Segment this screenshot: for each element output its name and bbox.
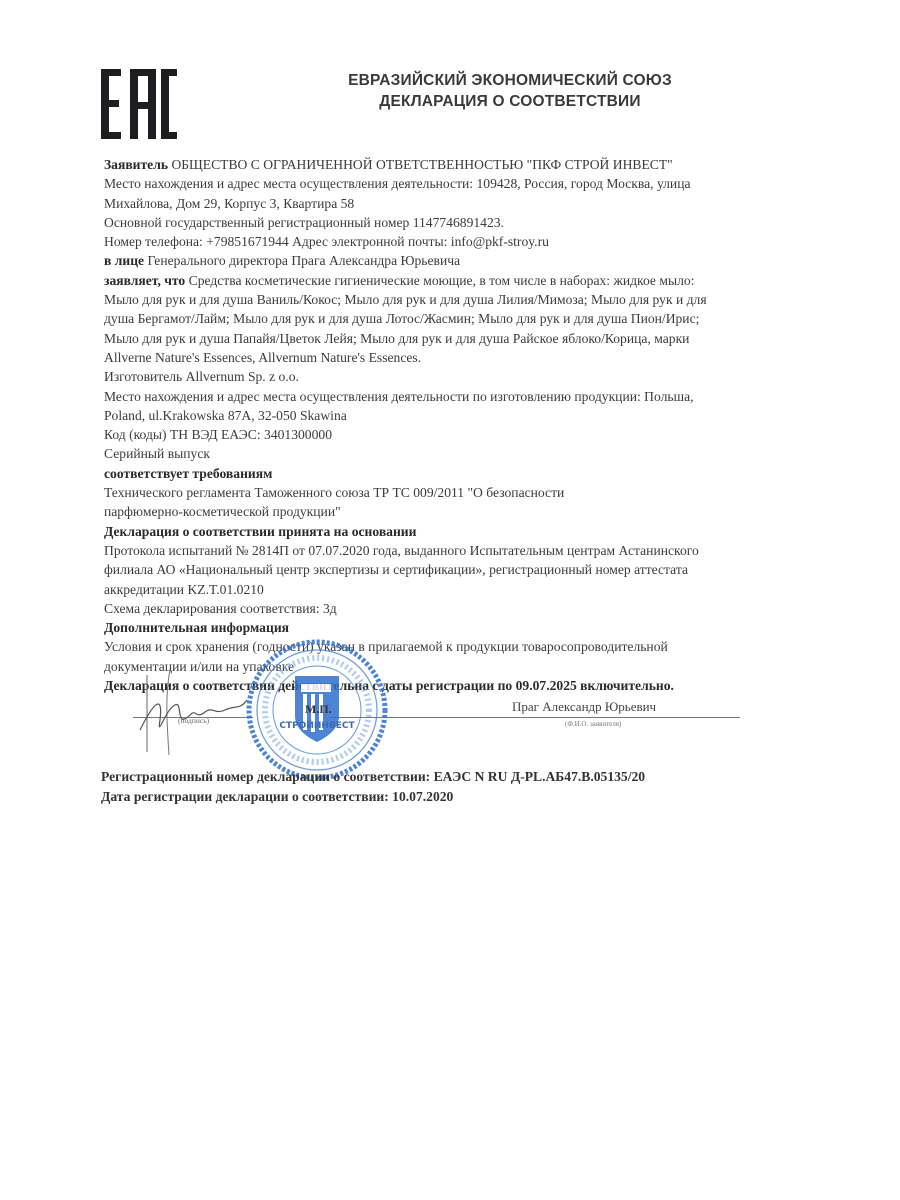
applicant-address-2: Михайлова, Дом 29, Корпус 3, Квартира 58 xyxy=(104,194,804,213)
product-line-1: заявляет, что Средства косметические гиг… xyxy=(104,271,804,290)
stamp-label: М.П. xyxy=(305,702,332,717)
applicant-label: Заявитель xyxy=(104,157,168,172)
product-line-4: Мыло для рук и душа Папайя/Цветок Лейя; … xyxy=(104,329,804,348)
product-line-3: душа Бергамот/Лайм; Мыло для рук и для д… xyxy=(104,309,804,328)
declaration-page: ЕВРАЗИЙСКИЙ ЭКОНОМИЧЕСКИЙ СОЮЗ ДЕКЛАРАЦИ… xyxy=(0,0,900,1200)
registration-date-line: Дата регистрации декларации о соответств… xyxy=(101,787,645,807)
tn-ved-code: Код (коды) ТН ВЭД ЕАЭС: 3401300000 xyxy=(104,425,804,444)
regulation-line-2: парфюмерно-косметической продукции" xyxy=(104,502,804,521)
registration-number-label: Регистрационный номер декларации о соотв… xyxy=(101,769,430,784)
applicant-ogrn: Основной государственный регистрационный… xyxy=(104,213,804,232)
declaration-body: Заявитель ОБЩЕСТВО С ОГРАНИЧЕННОЙ ОТВЕТС… xyxy=(104,155,804,695)
signer-caption: (Ф.И.О. заявителя) xyxy=(565,720,621,728)
registration-date: 10.07.2020 xyxy=(392,789,453,804)
product-text-1: Средства косметические гигиенические мою… xyxy=(189,273,695,288)
manufacturer-address-2: Poland, ul.Krakowska 87A, 32-050 Skawina xyxy=(104,406,804,425)
signature-line xyxy=(133,717,253,718)
represented-line: в лице Генерального директора Прага Алек… xyxy=(104,251,804,270)
signature-caption: (подпись) xyxy=(178,716,209,725)
validity: Декларация о соответствии действительна … xyxy=(104,676,804,695)
registration-block: Регистрационный номер декларации о соотв… xyxy=(101,767,645,807)
release-type: Серийный выпуск xyxy=(104,444,804,463)
applicant-line: Заявитель ОБЩЕСТВО С ОГРАНИЧЕННОЙ ОТВЕТС… xyxy=(104,155,804,174)
registration-number-line: Регистрационный номер декларации о соотв… xyxy=(101,767,645,787)
applicant-name: ОБЩЕСТВО С ОГРАНИЧЕННОЙ ОТВЕТСТВЕННОСТЬЮ… xyxy=(171,157,672,172)
applicant-address-1: Место нахождения и адрес места осуществл… xyxy=(104,174,804,193)
signer-name: Праг Александр Юрьевич xyxy=(512,699,656,715)
email-label: Адрес электронной почты: xyxy=(292,234,447,249)
scheme: Схема декларирования соответствия: 3д xyxy=(104,599,804,618)
complies-label: соответствует требованиям xyxy=(104,464,804,483)
registration-number: ЕАЭС N RU Д-PL.АБ47.В.05135/20 xyxy=(434,769,646,784)
svg-text:СТРОЙИНВЕСТ: СТРОЙИНВЕСТ xyxy=(279,719,355,731)
basis-line-1: Протокола испытаний № 2814П от 07.07.202… xyxy=(104,541,804,560)
additional-label: Дополнительная информация xyxy=(104,618,804,637)
signer-name-line xyxy=(505,717,740,718)
basis-line-3: аккредитации KZ.T.01.0210 xyxy=(104,580,804,599)
declaration-title: ДЕКЛАРАЦИЯ О СООТВЕТСТВИИ xyxy=(300,91,720,112)
phone-value: +79851671944 xyxy=(206,234,288,249)
applicant-contacts: Номер телефона: +79851671944 Адрес элект… xyxy=(104,232,804,251)
manufacturer-address-1: Место нахождения и адрес места осуществл… xyxy=(104,387,804,406)
manufacturer: Изготовитель Allvernum Sp. z o.o. xyxy=(104,367,804,386)
additional-line-2: документации и/или на упаковке xyxy=(104,657,804,676)
product-line-5: Allverne Nature's Essences, Allvernum Na… xyxy=(104,348,804,367)
regulation-line-1: Технического регламента Таможенного союз… xyxy=(104,483,804,502)
eac-logo-icon xyxy=(101,69,177,139)
registration-date-label: Дата регистрации декларации о соответств… xyxy=(101,789,389,804)
additional-line-1: Условия и срок хранения (годности) указа… xyxy=(104,637,804,656)
stamp-line xyxy=(330,717,520,718)
document-header: ЕВРАЗИЙСКИЙ ЭКОНОМИЧЕСКИЙ СОЮЗ ДЕКЛАРАЦИ… xyxy=(300,70,720,112)
represented-label: в лице xyxy=(104,253,144,268)
email-value: info@pkf-stroy.ru xyxy=(451,234,549,249)
declares-label: заявляет, что xyxy=(104,273,185,288)
product-line-2: Мыло для рук и для душа Ваниль/Кокос; Мы… xyxy=(104,290,804,309)
represented-by: Генерального директора Прага Александра … xyxy=(147,253,460,268)
basis-label: Декларация о соответствии принята на осн… xyxy=(104,522,804,541)
basis-line-2: филиала АО «Национальный центр экспертиз… xyxy=(104,560,804,579)
union-title: ЕВРАЗИЙСКИЙ ЭКОНОМИЧЕСКИЙ СОЮЗ xyxy=(300,70,720,91)
phone-label: Номер телефона: xyxy=(104,234,203,249)
